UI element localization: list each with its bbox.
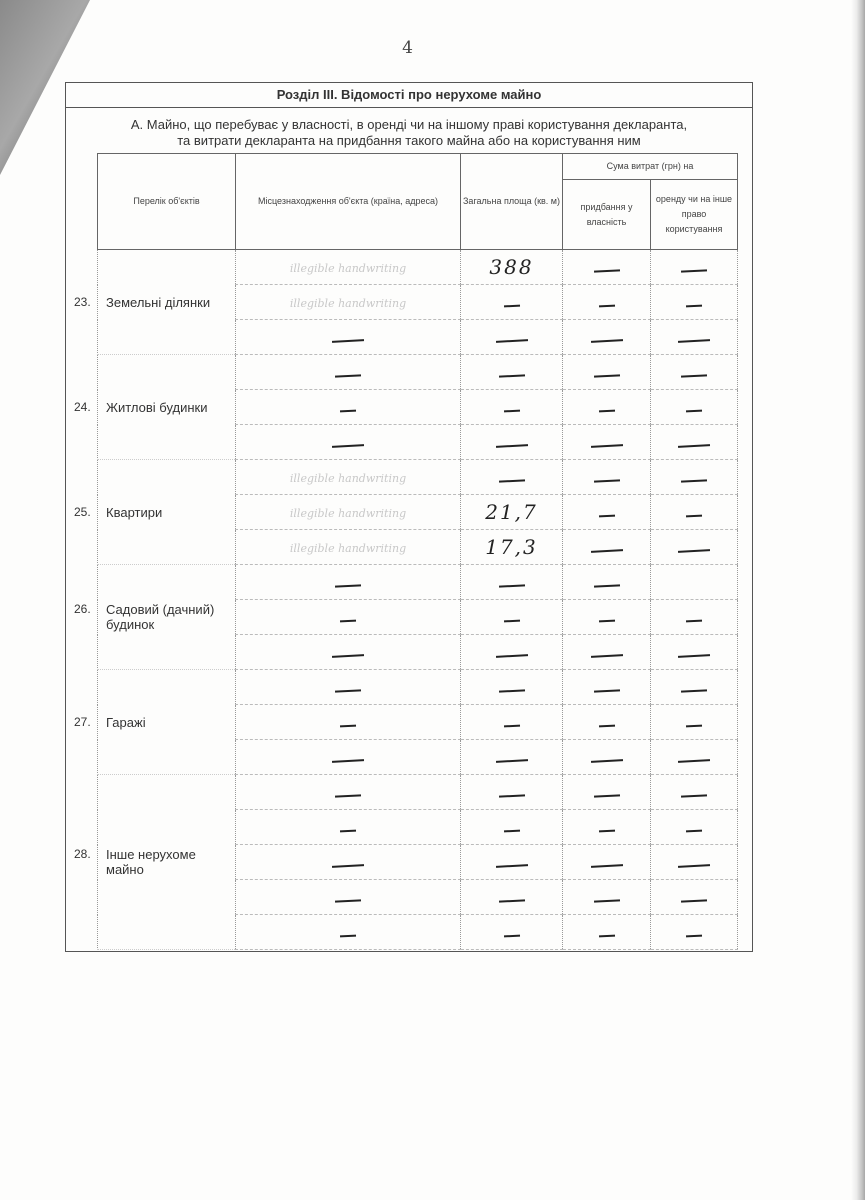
row-number: 25. bbox=[74, 505, 91, 519]
row-category: 28.Інше нерухоме майно bbox=[98, 775, 236, 950]
row-label: Гаражі bbox=[106, 715, 146, 730]
acquisition-cell bbox=[563, 915, 651, 950]
rent-cell bbox=[651, 250, 738, 285]
faded-handwriting: illegible handwriting bbox=[290, 507, 406, 520]
handwritten-dash bbox=[498, 584, 524, 587]
rent-cell bbox=[651, 565, 738, 600]
location-cell bbox=[236, 425, 461, 460]
acquisition-cell bbox=[563, 320, 651, 355]
handwritten-dash bbox=[503, 305, 519, 307]
row-number: 27. bbox=[74, 715, 91, 729]
handwritten-dash bbox=[332, 654, 364, 657]
handwritten-dash bbox=[590, 864, 622, 867]
area-cell bbox=[461, 635, 563, 670]
handwritten-dash bbox=[590, 444, 622, 447]
handwritten-dash bbox=[593, 479, 619, 482]
location-cell bbox=[236, 635, 461, 670]
handwritten-dash bbox=[335, 689, 361, 692]
location-cell bbox=[236, 565, 461, 600]
acquisition-cell bbox=[563, 530, 651, 565]
handwritten-dash bbox=[503, 935, 519, 937]
location-cell bbox=[236, 705, 461, 740]
area-cell bbox=[461, 320, 563, 355]
table-row: 24.Житлові будинки bbox=[98, 355, 738, 390]
location-cell bbox=[236, 320, 461, 355]
acquisition-cell bbox=[563, 390, 651, 425]
handwritten-dash bbox=[681, 899, 707, 902]
handwritten-dash bbox=[340, 725, 356, 727]
rent-cell bbox=[651, 285, 738, 320]
row-category: 23.Земельні ділянки bbox=[98, 250, 236, 355]
handwritten-dash bbox=[593, 794, 619, 797]
faded-handwriting: illegible handwriting bbox=[290, 262, 406, 275]
handwritten-dash bbox=[678, 339, 710, 342]
handwritten-dash bbox=[593, 584, 619, 587]
acquisition-cell bbox=[563, 600, 651, 635]
handwritten-dash bbox=[686, 830, 702, 832]
handwritten-dash bbox=[590, 654, 622, 657]
handwritten-dash bbox=[681, 794, 707, 797]
handwritten-dash bbox=[686, 305, 702, 307]
handwritten-dash bbox=[598, 305, 614, 307]
rent-cell bbox=[651, 390, 738, 425]
section-frame: Розділ ІІІ. Відомості про нерухоме майно… bbox=[65, 82, 753, 952]
location-cell bbox=[236, 845, 461, 880]
handwritten-dash bbox=[590, 759, 622, 762]
rent-cell bbox=[651, 740, 738, 775]
handwritten-dash bbox=[681, 689, 707, 692]
row-number: 26. bbox=[74, 602, 91, 616]
row-category: 24.Житлові будинки bbox=[98, 355, 236, 460]
handwritten-dash bbox=[681, 374, 707, 377]
acquisition-cell bbox=[563, 810, 651, 845]
rent-cell bbox=[651, 880, 738, 915]
handwritten-dash bbox=[495, 864, 527, 867]
handwritten-dash bbox=[678, 444, 710, 447]
section-title: Розділ ІІІ. Відомості про нерухоме майно bbox=[66, 83, 752, 108]
acquisition-cell bbox=[563, 705, 651, 740]
handwritten-dash bbox=[498, 794, 524, 797]
handwritten-dash bbox=[681, 269, 707, 272]
handwritten-dash bbox=[593, 269, 619, 272]
scan-right-edge bbox=[851, 0, 865, 1200]
handwritten-dash bbox=[495, 759, 527, 762]
row-category: 25.Квартири bbox=[98, 460, 236, 565]
faded-handwriting: illegible handwriting bbox=[290, 542, 406, 555]
handwritten-dash bbox=[335, 584, 361, 587]
handwritten-dash bbox=[678, 654, 710, 657]
area-cell bbox=[461, 705, 563, 740]
handwritten-dash bbox=[335, 794, 361, 797]
acquisition-cell bbox=[563, 670, 651, 705]
handwritten-dash bbox=[335, 374, 361, 377]
real-estate-table: Перелік об'єктів Місцезнаходження об'єкт… bbox=[97, 153, 738, 950]
location-cell: illegible handwriting bbox=[236, 530, 461, 565]
location-cell: illegible handwriting bbox=[236, 285, 461, 320]
table-body: 23.Земельні ділянкиillegible handwriting… bbox=[98, 250, 738, 950]
area-cell bbox=[461, 775, 563, 810]
acquisition-cell bbox=[563, 565, 651, 600]
area-cell: 388 bbox=[461, 250, 563, 285]
rent-cell bbox=[651, 915, 738, 950]
handwritten-dash bbox=[495, 654, 527, 657]
handwritten-dash bbox=[335, 899, 361, 902]
rent-cell bbox=[651, 705, 738, 740]
area-cell bbox=[461, 355, 563, 390]
acquisition-cell bbox=[563, 880, 651, 915]
row-label: Садовий (дачний) будинок bbox=[106, 602, 214, 632]
area-cell bbox=[461, 565, 563, 600]
rent-cell bbox=[651, 355, 738, 390]
rent-cell bbox=[651, 530, 738, 565]
header-area: Загальна площа (кв. м) bbox=[461, 154, 563, 250]
handwritten-dash bbox=[498, 479, 524, 482]
handwritten-dash bbox=[340, 935, 356, 937]
header-expenses: Сума витрат (грн) на bbox=[563, 154, 738, 180]
handwritten-dash bbox=[340, 830, 356, 832]
header-rent: оренду чи на інше право користування bbox=[651, 180, 738, 250]
rent-cell bbox=[651, 425, 738, 460]
subtitle-line-2: та витрати декларанта на придбання таког… bbox=[66, 133, 752, 149]
handwritten-dash bbox=[498, 899, 524, 902]
rent-cell bbox=[651, 495, 738, 530]
location-cell: illegible handwriting bbox=[236, 250, 461, 285]
area-cell bbox=[461, 880, 563, 915]
location-cell bbox=[236, 740, 461, 775]
handwritten-dash bbox=[598, 410, 614, 412]
area-cell bbox=[461, 285, 563, 320]
rent-cell bbox=[651, 775, 738, 810]
area-cell bbox=[461, 845, 563, 880]
area-cell bbox=[461, 600, 563, 635]
location-cell bbox=[236, 810, 461, 845]
area-cell: 21,7 bbox=[461, 495, 563, 530]
handwritten-dash bbox=[593, 689, 619, 692]
handwritten-dash bbox=[498, 689, 524, 692]
handwritten-dash bbox=[495, 444, 527, 447]
handwritten-dash bbox=[598, 725, 614, 727]
acquisition-cell bbox=[563, 355, 651, 390]
subtitle-line-1: А. Майно, що перебуває у власності, в ор… bbox=[66, 117, 752, 133]
rent-cell bbox=[651, 320, 738, 355]
handwritten-dash bbox=[681, 479, 707, 482]
acquisition-cell bbox=[563, 425, 651, 460]
handwritten-dash bbox=[332, 864, 364, 867]
location-cell bbox=[236, 355, 461, 390]
handwritten-dash bbox=[332, 759, 364, 762]
acquisition-cell bbox=[563, 775, 651, 810]
acquisition-cell bbox=[563, 285, 651, 320]
handwritten-dash bbox=[590, 339, 622, 342]
area-cell: 17,3 bbox=[461, 530, 563, 565]
rent-cell bbox=[651, 635, 738, 670]
location-cell bbox=[236, 600, 461, 635]
handwritten-dash bbox=[590, 549, 622, 552]
area-cell bbox=[461, 670, 563, 705]
handwritten-dash bbox=[678, 864, 710, 867]
handwritten-dash bbox=[503, 830, 519, 832]
table-row: 23.Земельні ділянкиillegible handwriting… bbox=[98, 250, 738, 285]
handwritten-dash bbox=[598, 935, 614, 937]
handwritten-dash bbox=[598, 620, 614, 622]
location-cell bbox=[236, 670, 461, 705]
row-number: 24. bbox=[74, 400, 91, 414]
handwritten-dash bbox=[598, 515, 614, 517]
row-label: Інше нерухоме майно bbox=[106, 847, 196, 877]
handwritten-dash bbox=[593, 374, 619, 377]
handwritten-dash bbox=[598, 830, 614, 832]
handwritten-dash bbox=[340, 620, 356, 622]
handwritten-dash bbox=[332, 339, 364, 342]
area-cell bbox=[461, 390, 563, 425]
row-label: Житлові будинки bbox=[106, 400, 208, 415]
rent-cell bbox=[651, 460, 738, 495]
acquisition-cell bbox=[563, 845, 651, 880]
row-label: Земельні ділянки bbox=[106, 295, 210, 310]
page-number: 4 bbox=[0, 38, 815, 58]
handwritten-value: 17,3 bbox=[485, 535, 538, 559]
header-acquisition: придбання у власність bbox=[563, 180, 651, 250]
handwritten-dash bbox=[498, 374, 524, 377]
acquisition-cell bbox=[563, 635, 651, 670]
handwritten-dash bbox=[686, 515, 702, 517]
row-category: 26.Садовий (дачний) будинок bbox=[98, 565, 236, 670]
area-cell bbox=[461, 425, 563, 460]
header-location: Місцезнаходження об'єкта (країна, адреса… bbox=[236, 154, 461, 250]
handwritten-dash bbox=[678, 549, 710, 552]
acquisition-cell bbox=[563, 250, 651, 285]
location-cell: illegible handwriting bbox=[236, 495, 461, 530]
row-label: Квартири bbox=[106, 505, 162, 520]
header-objects: Перелік об'єктів bbox=[98, 154, 236, 250]
handwritten-dash bbox=[503, 725, 519, 727]
handwritten-dash bbox=[686, 935, 702, 937]
location-cell bbox=[236, 390, 461, 425]
rent-cell bbox=[651, 810, 738, 845]
handwritten-value: 21,7 bbox=[485, 500, 538, 524]
handwritten-dash bbox=[686, 725, 702, 727]
faded-handwriting: illegible handwriting bbox=[290, 472, 406, 485]
handwritten-dash bbox=[686, 410, 702, 412]
table-row: 28.Інше нерухоме майно bbox=[98, 775, 738, 810]
row-number: 23. bbox=[74, 295, 91, 309]
handwritten-value: 388 bbox=[489, 255, 533, 279]
rent-cell bbox=[651, 670, 738, 705]
table-row: 27.Гаражі bbox=[98, 670, 738, 705]
area-cell bbox=[461, 740, 563, 775]
handwritten-dash bbox=[503, 410, 519, 412]
handwritten-dash bbox=[593, 899, 619, 902]
acquisition-cell bbox=[563, 460, 651, 495]
row-number: 28. bbox=[74, 847, 91, 861]
acquisition-cell bbox=[563, 495, 651, 530]
row-category: 27.Гаражі bbox=[98, 670, 236, 775]
handwritten-dash bbox=[495, 339, 527, 342]
handwritten-dash bbox=[332, 444, 364, 447]
location-cell bbox=[236, 915, 461, 950]
location-cell bbox=[236, 775, 461, 810]
handwritten-dash bbox=[678, 759, 710, 762]
subtitle: А. Майно, що перебуває у власності, в ор… bbox=[66, 117, 752, 149]
handwritten-dash bbox=[340, 410, 356, 412]
table-row: 26.Садовий (дачний) будинок bbox=[98, 565, 738, 600]
area-cell bbox=[461, 460, 563, 495]
table-row: 25.Квартириillegible handwriting bbox=[98, 460, 738, 495]
area-cell bbox=[461, 810, 563, 845]
area-cell bbox=[461, 915, 563, 950]
handwritten-dash bbox=[686, 620, 702, 622]
faded-handwriting: illegible handwriting bbox=[290, 297, 406, 310]
location-cell: illegible handwriting bbox=[236, 460, 461, 495]
location-cell bbox=[236, 880, 461, 915]
acquisition-cell bbox=[563, 740, 651, 775]
rent-cell bbox=[651, 600, 738, 635]
handwritten-dash bbox=[503, 620, 519, 622]
rent-cell bbox=[651, 845, 738, 880]
